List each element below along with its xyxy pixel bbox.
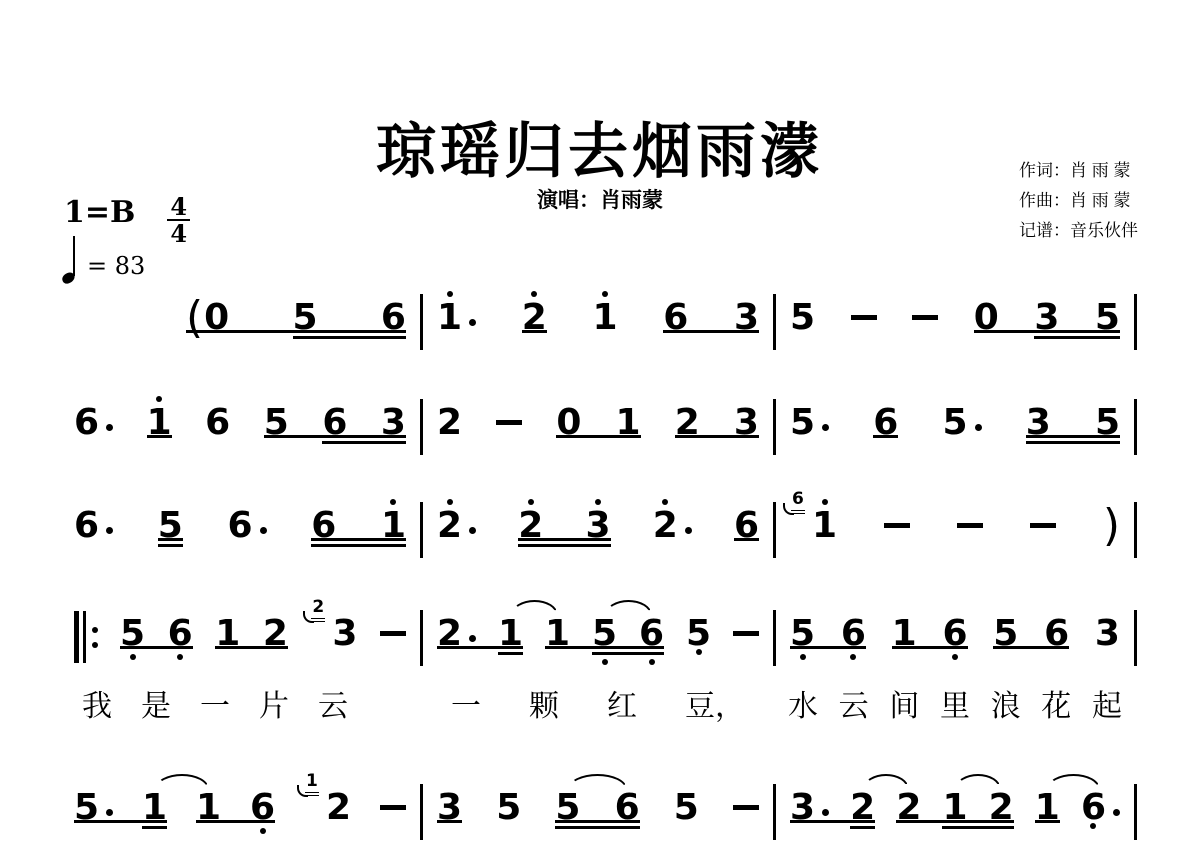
dash-extension <box>496 420 522 425</box>
barline <box>1134 502 1137 558</box>
octave-dot-low <box>130 654 136 660</box>
barline <box>1134 784 1137 840</box>
octave-dot-high <box>156 396 162 402</box>
beam-line <box>437 646 523 649</box>
beam-line <box>942 826 1013 829</box>
beam-line <box>322 441 406 444</box>
lyric-char: 里 <box>940 692 970 722</box>
slur-arc <box>605 600 652 615</box>
beam-line <box>555 820 639 823</box>
note-token: 2 <box>653 508 692 544</box>
octave-dot-low <box>177 654 183 660</box>
augmentation-dot <box>106 424 113 431</box>
grace-note: 1 <box>306 773 318 790</box>
beam-line <box>311 538 406 541</box>
augmentation-dot <box>822 809 829 816</box>
beam-line <box>850 826 875 829</box>
octave-dot-high <box>822 499 828 505</box>
close-paren: ) <box>1103 508 1120 544</box>
lyric-char: 水 <box>788 692 818 722</box>
octave-dot-high <box>602 291 608 297</box>
slur-arc <box>155 774 209 789</box>
lyric-char: 一 <box>200 692 230 722</box>
beam-line <box>518 538 610 541</box>
meter-numerator: 4 <box>167 194 190 221</box>
dash-extension <box>733 805 759 810</box>
lyric-measure: 我是一片云 <box>60 692 420 722</box>
octave-dot-high <box>528 499 534 505</box>
notation-row-1: (056121635035 <box>60 300 1150 350</box>
barline <box>1134 294 1137 350</box>
beam-line <box>518 544 610 547</box>
octave-dot-high <box>531 291 537 297</box>
dash-extension <box>380 805 406 810</box>
augmentation-dot <box>106 527 113 534</box>
barline <box>1134 399 1137 455</box>
augmentation-dot <box>260 527 267 534</box>
lyric-char: 间 <box>889 692 919 722</box>
slur-arc <box>511 600 558 615</box>
notation-row-3: 656612232661) <box>60 508 1150 558</box>
tempo-marking: = 83 <box>62 236 145 284</box>
notation-row-4: 5612232115655616563 <box>60 616 1150 666</box>
grace-hook <box>783 503 794 515</box>
beam-line <box>142 826 167 829</box>
lyric-char: 浪 <box>991 692 1021 722</box>
lyric-measure: 一颗红豆， <box>423 692 773 722</box>
grace-hook <box>303 611 314 623</box>
note-token: 2 <box>437 508 476 544</box>
beam-line <box>1026 441 1120 444</box>
octave-dot-low <box>952 654 958 660</box>
dash-extension <box>380 631 406 636</box>
note-token: 5 <box>686 616 711 652</box>
beam-line <box>1026 435 1120 438</box>
credit-notation: 记谱：音乐伙伴 <box>1019 216 1138 246</box>
meter-denominator: 4 <box>170 221 187 246</box>
note-token: 1 <box>592 300 617 336</box>
lyric-char: 起 <box>1092 692 1122 722</box>
slur-arc <box>1047 774 1100 789</box>
augmentation-dot <box>469 319 476 326</box>
beam-line <box>892 646 968 649</box>
time-signature: 4 4 <box>167 194 190 246</box>
octave-dot-high <box>662 499 668 505</box>
lyric-char: 颗 <box>529 692 559 722</box>
beam-line <box>196 820 275 823</box>
augmentation-dot <box>469 635 476 642</box>
beam-line <box>437 820 462 823</box>
lyric-measure: 水云间里浪花起 <box>776 692 1134 722</box>
augmentation-dot <box>1113 809 1120 816</box>
lyric-char: 花 <box>1041 692 1071 722</box>
beam-line <box>663 330 759 333</box>
octave-dot-high <box>390 499 396 505</box>
augmentation-dot <box>469 527 476 534</box>
note-token: 61 <box>812 508 837 544</box>
beam-line <box>675 435 759 438</box>
beam-line <box>1034 336 1120 339</box>
grace-note: 2 <box>312 599 324 616</box>
slur-arc <box>863 774 909 789</box>
beam-line <box>974 330 1120 333</box>
beam-line <box>555 826 639 829</box>
beam-line <box>790 646 866 649</box>
octave-dot-high <box>447 499 453 505</box>
octave-dot-low <box>649 659 655 665</box>
beam-line <box>790 820 875 823</box>
sheet-music-page: 琼瑶归去烟雨濛 演唱：肖雨蒙 作词：肖 雨 蒙 作曲：肖 雨 蒙 记谱：音乐伙伴… <box>0 0 1200 850</box>
note-token: 1 <box>437 300 476 336</box>
octave-dot-low <box>1090 823 1096 829</box>
note-token: 6 <box>74 508 113 544</box>
augmentation-dot <box>975 424 982 431</box>
lyric-char: 是 <box>141 692 171 722</box>
credits-block: 作词：肖 雨 蒙 作曲：肖 雨 蒙 记谱：音乐伙伴 <box>1019 156 1138 246</box>
octave-dot-high <box>595 499 601 505</box>
beam-line <box>1035 820 1060 823</box>
note-token: 12 <box>326 790 351 826</box>
dash-extension <box>912 315 938 320</box>
notation-row-2: 6165632012356535 <box>60 405 1150 455</box>
notation-row-5: 511612355653221216 <box>60 790 1150 840</box>
octave-dot-low <box>800 654 806 660</box>
note-token: 5 <box>942 405 981 441</box>
octave-dot-low <box>602 659 608 665</box>
measure: 561223 <box>60 616 420 663</box>
note-token: 5 <box>790 300 815 336</box>
dash-extension <box>957 523 983 528</box>
lyric-char: 豆， <box>685 692 745 722</box>
dash-extension <box>851 315 877 320</box>
beam-line <box>293 336 406 339</box>
beam-line <box>873 435 898 438</box>
lyric-char: 云 <box>318 692 348 722</box>
repeat-start-sign <box>74 611 98 663</box>
lyric-char: 片 <box>259 692 289 722</box>
lyrics-row: 我是一片云一颗红豆，水云间里浪花起 <box>60 692 1150 722</box>
tempo-value: = 83 <box>87 252 145 280</box>
note-token: 2 <box>437 405 462 441</box>
note-token: 23 <box>332 616 357 652</box>
key-label: 1=B <box>64 198 135 228</box>
slur-arc <box>568 774 627 789</box>
lyric-char: 我 <box>82 692 112 722</box>
note-token: 6 <box>74 405 113 441</box>
octave-dot-low <box>696 649 702 655</box>
note-token: 3 <box>1095 616 1120 652</box>
beam-line <box>120 646 193 649</box>
quarter-note-icon <box>62 236 77 284</box>
augmentation-dot <box>106 809 113 816</box>
beam-line <box>522 330 547 333</box>
beam-line <box>993 646 1069 649</box>
note-token: 5 <box>674 790 699 826</box>
beam-line <box>158 538 183 541</box>
dash-extension <box>1030 523 1056 528</box>
beam-line <box>74 820 167 823</box>
augmentation-dot <box>685 527 692 534</box>
beam-line <box>896 820 1013 823</box>
lyric-char: 云 <box>839 692 869 722</box>
lyric-char: 一 <box>451 692 481 722</box>
beam-line <box>592 652 664 655</box>
beam-line <box>186 330 406 333</box>
barline <box>1134 610 1137 666</box>
beam-line <box>556 435 640 438</box>
lyric-char: 红 <box>607 692 637 722</box>
beam-line <box>158 544 183 547</box>
beam-line <box>734 538 759 541</box>
beam-line <box>215 646 288 649</box>
beam-line <box>545 646 664 649</box>
measure: 61) <box>776 508 1134 544</box>
octave-dot-high <box>447 291 453 297</box>
note-token: 6 <box>205 405 230 441</box>
octave-dot-low <box>850 654 856 660</box>
grace-note: 6 <box>792 491 804 508</box>
beam-line <box>311 544 406 547</box>
credit-lyricist: 作词：肖 雨 蒙 <box>1019 156 1138 186</box>
octave-dot-low <box>260 828 266 834</box>
grace-hook <box>297 785 308 797</box>
credit-composer: 作曲：肖 雨 蒙 <box>1019 186 1138 216</box>
dash-extension <box>884 523 910 528</box>
note-token: 6 <box>1081 790 1120 826</box>
note-token: 5 <box>496 790 521 826</box>
note-token: 6 <box>227 508 266 544</box>
dash-extension <box>733 631 759 636</box>
augmentation-dot <box>822 424 829 431</box>
beam-line <box>498 652 523 655</box>
slur-arc <box>955 774 1001 789</box>
beam-line <box>147 435 172 438</box>
beam-line <box>264 435 406 438</box>
note-token: 5 <box>790 405 829 441</box>
